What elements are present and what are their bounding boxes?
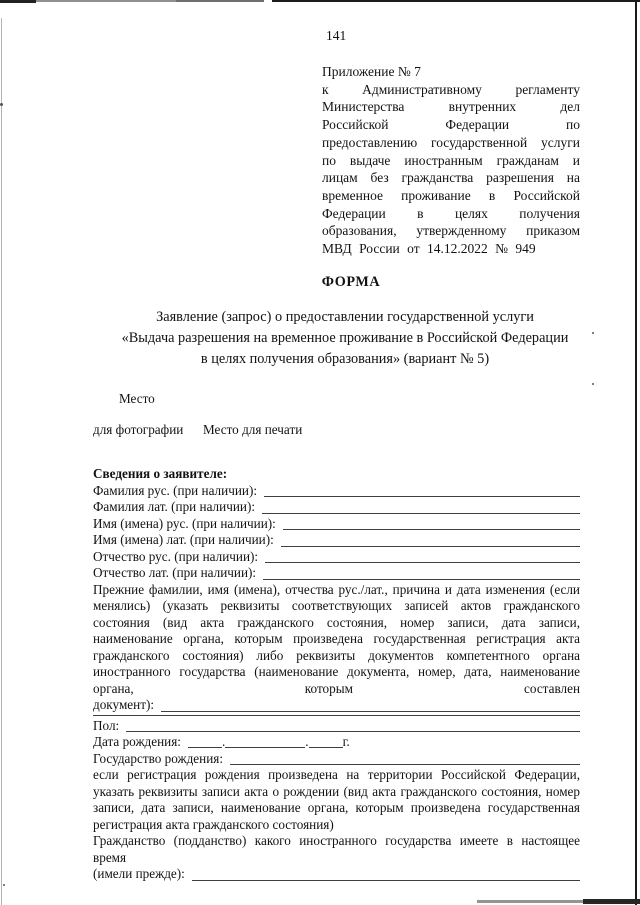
field-row-name-lat: Имя (имена) лат. (при наличии):: [93, 532, 580, 549]
applicant-section-heading: Сведения о заявителе:: [93, 466, 580, 483]
scan-left-edge: [1, 18, 2, 905]
scan-top-edge-gray2: [176, 0, 264, 2]
field-label: Фамилия лат. (при наличии):: [93, 499, 255, 516]
field-write-line: [264, 495, 580, 497]
birthdate-row: Дата рождения:..г.: [93, 734, 580, 751]
field-write-line: [161, 710, 580, 712]
photo-place-label-line2: для фотографии: [93, 422, 183, 438]
field-label: Государство рождения:: [93, 751, 223, 768]
field-row-name-rus: Имя (имена) рус. (при наличии):: [93, 516, 580, 533]
field-write-line: [262, 512, 580, 514]
field-label: документ):: [93, 697, 154, 714]
field-label: Дата рождения:: [93, 734, 181, 749]
field-label: Имя (имена) лат. (при наличии):: [93, 532, 274, 549]
field-write-line: [263, 578, 580, 580]
field-label: (имели прежде):: [93, 866, 185, 883]
scan-top-edge-gray: [36, 0, 176, 2]
scan-bottom-bar-light: [477, 900, 583, 903]
field-write-line: [281, 545, 580, 547]
scan-bottom-bar-dark: [583, 899, 640, 904]
field-row-patronymic-lat: Отчество лат. (при наличии):: [93, 565, 580, 582]
scan-speck: [592, 383, 594, 385]
application-title-line: Заявление (запрос) о предоставлении госу…: [95, 307, 595, 328]
appendix-reference-block: Приложение № 7 к Административному регла…: [322, 63, 580, 258]
application-title-line: в целях получения образования» (вариант …: [95, 349, 595, 370]
field-label: Фамилия рус. (при наличии):: [93, 483, 257, 500]
field-write-line: [192, 879, 580, 881]
applicant-form: Сведения о заявителе: Фамилия рус. (при …: [93, 466, 580, 883]
scan-right-edge: [635, 0, 637, 905]
field-label: Имя (имена) рус. (при наличии):: [93, 516, 276, 533]
birthdate-month-blank: [225, 747, 305, 748]
scan-top-edge-dark2: [272, 0, 640, 2]
scan-speck: [3, 884, 5, 886]
citizenship-paragraph: Гражданство (подданство) какого иностран…: [93, 833, 580, 866]
stamp-place-label: Место для печати: [203, 422, 302, 438]
photo-place-label-line1: Место: [119, 391, 155, 407]
field-write-line: [230, 763, 580, 765]
previous-names-tail-row: документ):: [93, 697, 580, 714]
field-label: Пол:: [93, 718, 119, 735]
field-label: Отчество лат. (при наличии):: [93, 565, 256, 582]
field-write-line: [283, 528, 580, 530]
appendix-body: к Административному регламенту Министерс…: [322, 81, 580, 258]
field-row-patronymic-rus: Отчество рус. (при наличии):: [93, 549, 580, 566]
field-write-line: [93, 714, 580, 716]
field-label: Отчество рус. (при наличии):: [93, 549, 258, 566]
field-write-line: [265, 561, 580, 563]
scan-speck: [0, 103, 3, 106]
birth-registration-note: если регистрация рождения произведена на…: [93, 767, 580, 833]
application-title: Заявление (запрос) о предоставлении госу…: [95, 307, 595, 370]
field-write-line: [126, 730, 580, 732]
appendix-title: Приложение № 7: [322, 63, 580, 81]
birthdate-day-blank: [188, 747, 222, 748]
scanned-document-page: 141 Приложение № 7 к Административному р…: [0, 0, 640, 905]
field-row-surname-lat: Фамилия лат. (при наличии):: [93, 499, 580, 516]
application-title-line: «Выдача разрешения на временное проживан…: [95, 328, 595, 349]
field-row-surname-rus: Фамилия рус. (при наличии):: [93, 483, 580, 500]
birthdate-year-blank: [309, 747, 343, 748]
page-number: 141: [326, 28, 346, 44]
birthdate-year-suffix: г.: [343, 734, 350, 749]
citizenship-tail-row: (имели прежде):: [93, 866, 580, 883]
gender-row: Пол:: [93, 718, 580, 735]
birth-country-row: Государство рождения:: [93, 751, 580, 768]
previous-names-paragraph: Прежние фамилии, имя (имена), отчества р…: [93, 582, 580, 698]
form-heading: ФОРМА: [101, 274, 601, 291]
scan-top-edge-dark: [0, 0, 36, 3]
